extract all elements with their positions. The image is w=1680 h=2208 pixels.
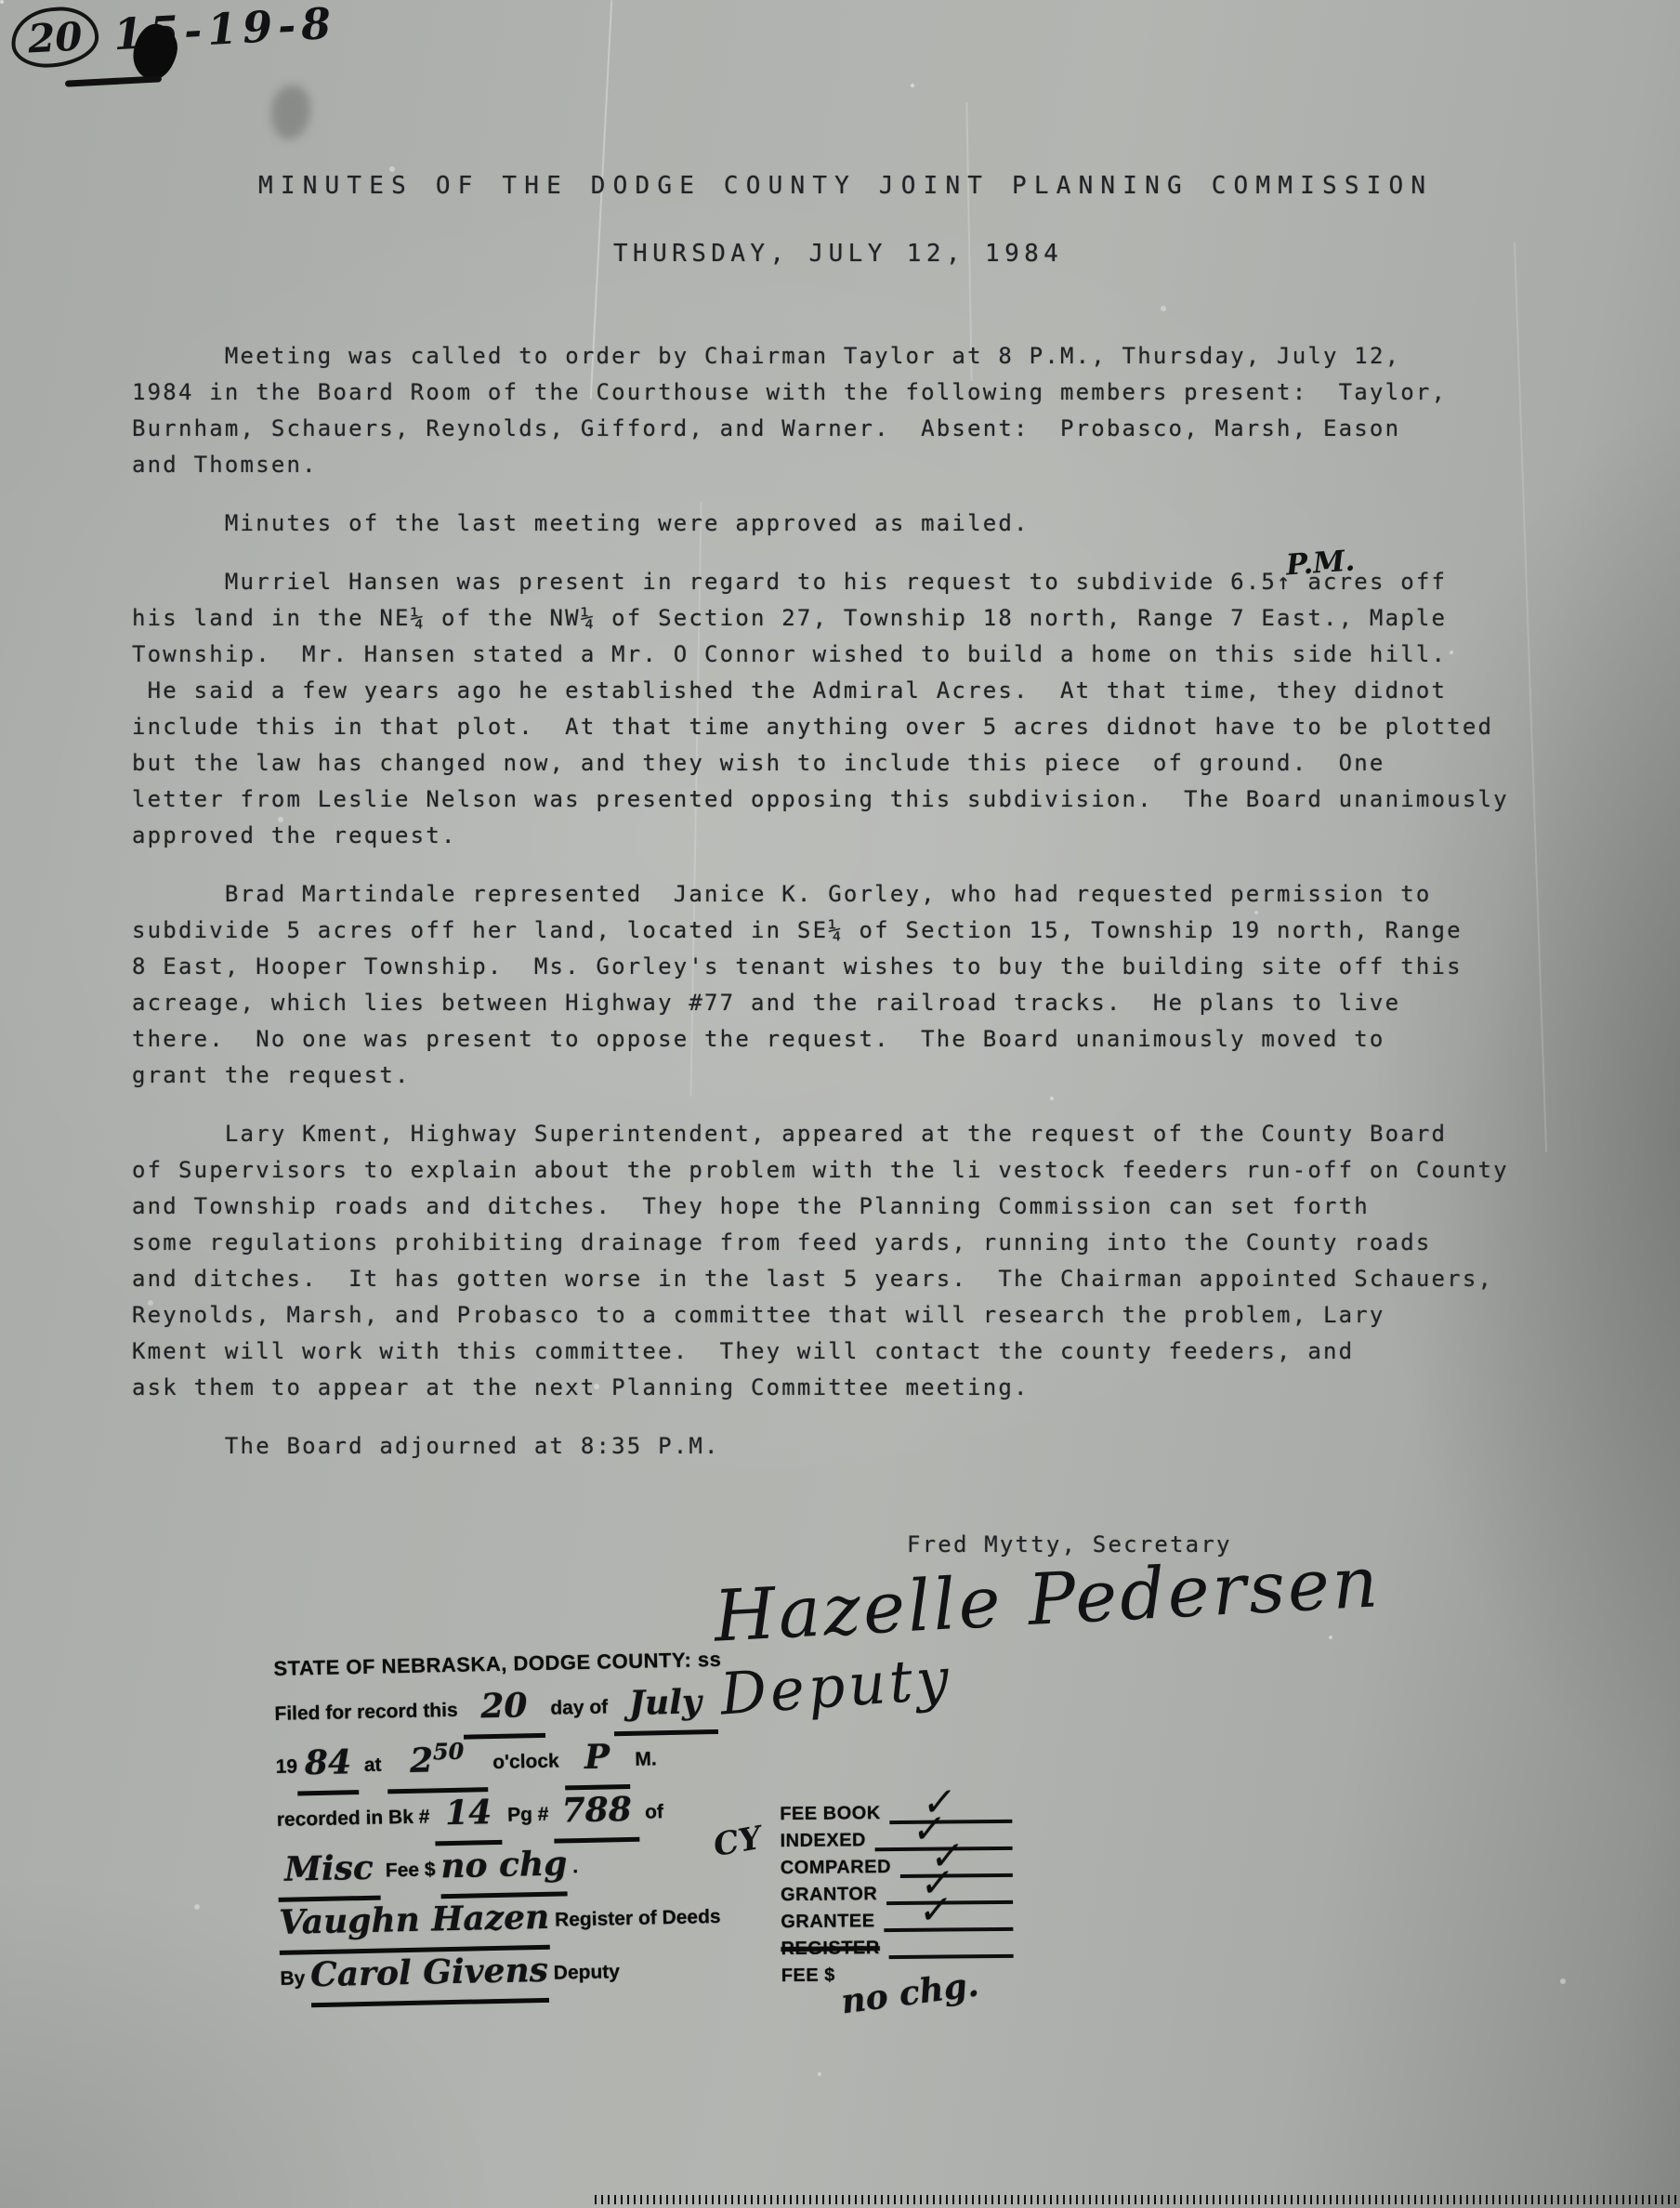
check-mark-icon: ✓ <box>917 1887 954 1934</box>
handwritten-deputy-signature: Carol Givens <box>310 1951 549 1994</box>
corner-underline <box>65 75 162 86</box>
handwritten-month: July <box>629 1682 702 1723</box>
stamp-label: at <box>364 1755 382 1776</box>
stamp-register-line: Vaughn Hazen Register of Deeds <box>279 1893 716 1955</box>
scan-specks <box>0 0 4 4</box>
paragraph-minutes-approved: Minutes of the last meeting were approve… <box>132 506 1563 542</box>
stamp-label: of <box>645 1801 663 1822</box>
handwritten-year: 84 <box>304 1742 351 1782</box>
checklist-row-grantor: GRANTOR ✓ <box>781 1877 1013 1906</box>
paragraph-hansen-request: Murriel Hansen was present in regard to … <box>132 564 1563 854</box>
handwritten-signature: Hazelle Pedersen <box>712 1540 1383 1657</box>
stamp-label: day of <box>550 1696 608 1718</box>
paragraph-kment-feeders: Lary Kment, Highway Superintendent, appe… <box>132 1116 1563 1406</box>
handwritten-meridiem: P <box>584 1737 610 1777</box>
handwritten-day: 20 <box>480 1686 528 1726</box>
stamp-label: Deputy <box>554 1961 621 1983</box>
checklist-label: GRANTOR <box>781 1884 877 1906</box>
checklist-row-grantee: GRANTEE ✓ <box>781 1904 1013 1933</box>
page-number: 20 <box>27 13 84 61</box>
document-title: MINUTES OF THE DODGE COUNTY JOINT PLANNI… <box>258 172 1433 200</box>
checklist-row-compared: COMPARED ✓ <box>781 1850 1013 1879</box>
stamp-label: M. <box>635 1748 657 1769</box>
stamp-label: Register of Deeds <box>555 1906 721 1931</box>
stamp-label: . <box>572 1856 578 1877</box>
scan-smudge <box>271 85 310 139</box>
stamp-filed-line: Filed for record this 20 day of July <box>274 1681 712 1743</box>
paragraph-gorley-request: Brad Martindale represented Janice K. Go… <box>132 876 1563 1094</box>
document-subtitle: THURSDAY, JULY 12, 1984 <box>613 240 1063 268</box>
handwritten-book: 14 <box>445 1793 492 1833</box>
handwritten-minutes: 50 <box>433 1738 465 1766</box>
film-perforation-strip <box>595 2195 1680 2204</box>
handwritten-deputy-title: Deputy <box>718 1644 954 1728</box>
checklist-label: FEE $ <box>781 1965 835 1988</box>
paragraph-adjournment: The Board adjourned at 8:35 P.M. <box>132 1428 1563 1465</box>
document-body: Meeting was called to order by Chairman … <box>132 338 1563 1487</box>
handwritten-hour: 2 <box>410 1741 434 1781</box>
stamp-label: Filed for record this <box>274 1700 458 1725</box>
document-page: 20 15-19-8 MINUTES OF THE DODGE COUNTY J… <box>0 0 1680 2208</box>
checklist-row-fee: FEE $ no chg. <box>781 1958 1014 1987</box>
handwritten-fee: no chg <box>440 1844 568 1886</box>
circled-page-number: 20 <box>8 4 100 71</box>
checklist-label: COMPARED <box>781 1857 891 1879</box>
checklist-label: GRANTEE <box>781 1911 874 1933</box>
handwritten-register-signature: Vaughn Hazen <box>279 1898 550 1942</box>
handwritten-cy-mark: CY <box>711 1820 765 1864</box>
filing-stamp: STATE OF NEBRASKA, DODGE COUNTY: ss File… <box>273 1638 717 2008</box>
checklist-row-indexed: INDEXED ✓ <box>780 1823 1012 1852</box>
checklist-label: INDEXED <box>780 1830 866 1852</box>
checklist-label-struck: REGISTER <box>781 1938 879 1960</box>
stamp-label: By <box>280 1967 305 1990</box>
checklist-label: FEE BOOK <box>780 1803 881 1825</box>
stamp-time-line: 1984 at 250 o'clock P M. <box>275 1734 713 1796</box>
stamp-label: Pg # <box>507 1804 549 1826</box>
paragraph-call-to-order: Meeting was called to order by Chairman … <box>132 338 1563 483</box>
stamp-label: 19 <box>275 1755 297 1777</box>
handwritten-page: 788 <box>561 1790 632 1831</box>
checklist-row-register: REGISTER <box>781 1931 1013 1960</box>
stamp-label: o'clock <box>492 1751 559 1773</box>
stamp-recorded-line: recorded in Bk # 14 Pg # 788 of <box>276 1787 714 1849</box>
stamp-label: recorded in Bk # <box>277 1806 430 1830</box>
checklist-row-fee-book: FEE BOOK ✓ <box>780 1796 1012 1825</box>
handwritten-no-charge: no chg. <box>839 1965 981 2021</box>
stamp-deputy-line: By Carol Givens Deputy <box>280 1946 717 2008</box>
handwritten-doc-type: Misc <box>284 1848 374 1889</box>
stamp-label: Fee $ <box>386 1859 436 1881</box>
indexing-checklist: FEE BOOK ✓ INDEXED ✓ COMPARED ✓ GRANTOR … <box>780 1796 1014 1987</box>
stamp-fee-line: Misc Fee $ no chg . <box>278 1840 715 1902</box>
